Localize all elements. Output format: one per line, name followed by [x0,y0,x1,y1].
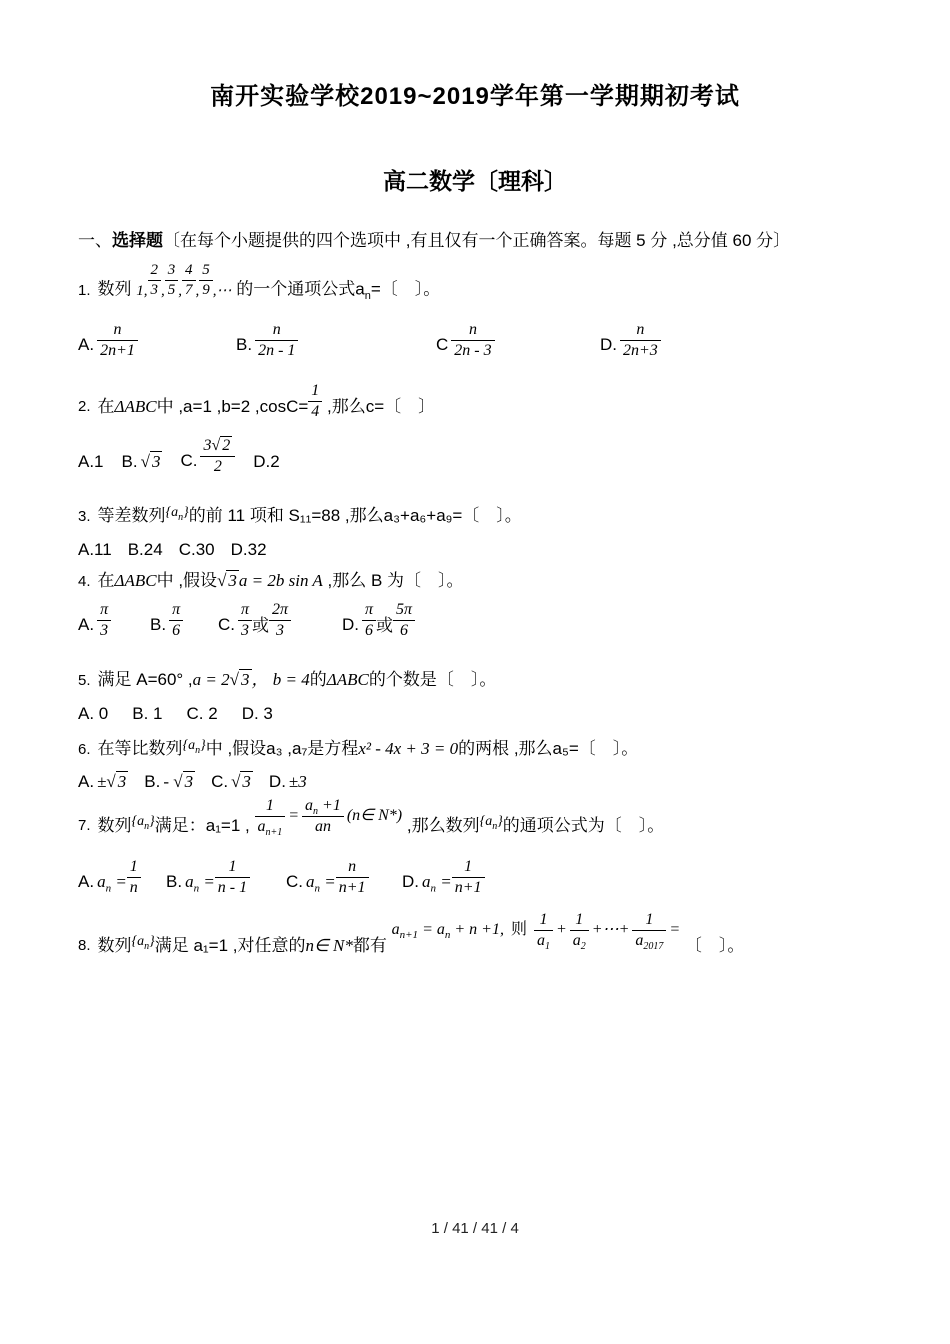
fraction-numerator: 5 [199,261,213,280]
fraction: π3 [238,600,252,641]
sign: ±3 [289,772,307,791]
math-equation: a = 2b sin A [239,571,323,590]
option-label: D. [402,872,419,891]
var-a: a [97,872,106,891]
radicand: 3 [226,570,239,590]
question-7-number: 7. [78,817,91,834]
sub-2: 2 [581,941,586,952]
question-7-text: 满足：a₁=1 , [155,815,250,834]
exam-subtitle: 高二数学〔理科〕 [0,163,950,196]
radical-sign: √ [141,452,150,471]
fraction-numerator: 1 [255,796,286,816]
sqrt-expression: √3 [231,771,253,791]
option-d: D.32 [231,540,267,560]
option-a: A.n2n+1 [78,326,236,367]
question-4-blank: ,那么 B 为〔 〕。 [323,571,464,590]
fraction-denominator: 6 [362,620,376,641]
option-b: B.n2n - 1 [236,326,436,367]
option-a: A.an =1n [78,863,166,904]
sqrt-expression: √3 [141,451,163,471]
sequence-notation: {an} [166,505,189,520]
question-5-text: 的 [310,670,327,689]
fraction-denominator: n+1 [336,877,369,898]
math-lhs: an = [306,872,336,891]
option-b: B.- √3 [144,772,195,792]
fraction: 1n [127,857,141,898]
sign: ± [97,772,106,791]
math-triangle-abc: ΔABC [115,396,157,415]
fraction-denominator: n [127,877,141,898]
fraction-denominator: an+1 [255,816,286,837]
fraction-denominator: n - 1 [215,877,250,898]
math-lhs: an = [422,872,452,891]
fraction-denominator: 2n+3 [620,340,661,361]
option-b: B. 1 [132,704,162,724]
question-3-options: A.11 B.24 C.30 D.32 [78,540,872,560]
question-5-text: 满足 A=60° , [98,670,193,689]
math-run: a = 2 [193,670,230,689]
question-2-text: 在 [98,396,115,415]
exam-document-page: 南开实验学校2019~2019学年第一学期期初考试 高二数学〔理科〕 一、选择题… [0,0,950,1344]
fraction-numerator: n [451,320,494,340]
option-label: C. [211,772,228,791]
sequence-notation: {an} [480,814,503,829]
fraction-numerator: 1 [534,910,553,930]
question-1-text: 的一个通项公式a [236,280,364,299]
fraction: 1n - 1 [215,857,250,898]
fraction: π6 [362,600,376,641]
question-4-text: 中 ,假设 [157,571,217,590]
fraction-numerator: 5π [393,600,415,620]
option-label: A. [78,872,94,891]
fraction: 2π3 [269,600,291,641]
page-footer: 1 / 41 / 41 / 4 [0,1220,950,1237]
fraction: 47 [182,261,196,300]
var-a: a [422,872,431,891]
section-number: 一、 [78,231,112,250]
fraction-denominator: 2n+1 [97,340,138,361]
var-a: a [306,872,315,891]
fraction: 35 [165,261,179,300]
plus-one: +1 [318,797,341,814]
question-6-number: 6. [78,741,91,758]
sub-n-plus-1: n+1 [266,827,283,838]
ellipsis: +⋯+ [592,918,630,942]
question-6-blank: 的两根 ,那么a₅=〔 〕。 [458,739,638,758]
option-d: D.2 [253,452,279,472]
fraction-numerator: n [336,857,369,877]
sqrt-expression: √3 [106,771,128,791]
option-label: B. [122,452,138,471]
var-a: a [305,797,313,814]
question-4-number: 4. [78,573,91,590]
fraction-denominator: 3 [238,620,252,641]
option-b: B.an =1n - 1 [166,863,286,904]
question-5-options: A. 0 B. 1 C. 2 D. 3 [78,704,872,724]
fraction-denominator: 6 [393,620,415,641]
fraction-denominator: 3 [269,620,291,641]
var-a: a [185,872,194,891]
radical-sign: √ [106,772,115,791]
fraction: n2n+1 [97,320,138,361]
question-4-options: A.π3 B.π6 C.π3或2π3 D.π6或5π6 [78,606,872,647]
question-8-text: 数列 [98,935,132,954]
fraction: 1a1 [534,910,553,951]
option-a: A.±√3 [78,772,128,792]
question-3-number: 3. [78,508,91,525]
radicand: 3 [240,771,253,791]
equals-sign: = [669,918,680,942]
question-7-text: 数列 [98,815,132,834]
plus-n-plus-1: + n +1, [450,921,504,938]
question-2-number: 2. [78,398,91,415]
fraction: n2n - 3 [451,320,494,361]
question-1-text: 数列 [98,280,132,299]
question-2-text: 中 ,a=1 ,b=2 ,cosC= [157,396,309,415]
math-triangle-abc: ΔABC [115,571,157,590]
section-title: 选择题 [112,231,163,250]
question-6-text: 中 ,假设a₃ ,a₇是方程 [206,739,359,758]
brace-close: } [149,934,155,949]
question-5-blank: 的个数是〔 〕。 [369,670,497,689]
radical-sign: √ [217,571,226,590]
fraction: 23 [148,261,162,300]
fraction-denominator: a2 [570,930,589,951]
question-3-text: 等差数列 [98,506,166,525]
question-6: 6.在等比数列{an}中 ,假设a₃ ,a₇是方程x² - 4x + 3 = 0… [78,736,872,762]
fraction-numerator: 1 [452,857,485,877]
fraction: 59 [199,261,213,300]
sign: - [163,772,173,791]
sub-2017: 2017 [643,941,663,952]
fraction-numerator: 2π [269,600,291,620]
option-b: B.24 [128,540,163,560]
fraction: n2n - 1 [255,320,298,361]
question-7-options: A.an =1n B.an =1n - 1 C.an =nn+1 D.an =1… [78,863,872,904]
var-a: a [392,921,400,938]
question-2-blank: ,那么c=〔 〕 [322,396,435,415]
radicand: 2 [220,436,232,454]
fraction: an +1an [302,796,344,837]
question-8-number: 8. [78,937,91,954]
option-c: C. 2 [187,704,218,724]
option-a: A.π3 [78,606,150,647]
option-label: B. [144,772,160,791]
brace-close: } [183,505,189,520]
fraction-numerator: 1 [127,857,141,877]
fraction: n2n+3 [620,320,661,361]
fraction-numerator: π [97,600,111,620]
fraction-denominator: an [302,816,344,837]
fraction-denominator: 6 [169,620,183,641]
fraction: π6 [169,600,183,641]
plus-sign: + [556,918,567,942]
question-8-blank: 〔 〕。 [685,935,745,954]
brace-close: } [149,814,155,829]
fraction: 1n+1 [452,857,485,898]
domain-condition: (n∈ N*) [347,804,402,828]
option-label: C [436,335,448,354]
option-label: C. [180,451,197,470]
radicand: 3 [183,771,196,791]
option-label: B. [150,615,166,634]
exam-body: 一、选择题〔在每个小题提供的四个选项中 ,有且仅有一个正确答案。每题 5 分 ,… [0,226,950,967]
math-equation: x² - 4x + 3 = 0 [358,739,458,758]
fraction-denominator: 3 [148,280,162,300]
option-a: A. 0 [78,704,108,724]
fraction-numerator: 3 [165,261,179,280]
recurrence-run: an+1 = an + n +1, [392,918,504,942]
math-triangle-abc: ΔABC [327,670,369,689]
fraction-numerator: π [362,600,376,620]
option-label: A. [78,335,94,354]
question-3: 3.等差数列{an}的前 11 项和 S₁₁=88 ,那么a₃+a₆+a₉=〔 … [78,503,872,529]
math-run: ， b = 4 [252,670,310,689]
question-1-blank: =〔 〕。 [371,280,440,299]
fraction-numerator: n [620,320,661,340]
option-d: D.±3 [269,772,307,792]
question-4-text: 在 [98,571,115,590]
option-d: D.n2n+3 [600,326,661,367]
question-8: 8.数列{an}满足 a₁=1 ,对任意的n∈ N*都有 an+1 = an +… [78,926,872,967]
var-a: a [258,818,266,835]
fraction: 3√22 [200,436,235,477]
option-label: D. [600,335,617,354]
equals-sign: = [111,872,127,891]
option-a: A.1 [78,452,104,472]
sequence-notation: {an} [132,814,155,829]
radicand: 3 [239,669,252,689]
question-5-number: 5. [78,672,91,689]
fraction-numerator: 1 [308,381,322,401]
question-1-sequence: 1,23,35,47,59,⋯ [136,261,231,300]
radical-sign: √ [211,437,220,454]
fraction-denominator: 2 [200,456,235,477]
fraction: π3 [97,600,111,641]
math-lhs: an = [97,872,127,891]
then-text: 则 [511,918,527,942]
option-label: D. [269,772,286,791]
fraction-numerator: an +1 [302,796,344,816]
question-1: 1.数列 1,23,35,47,59,⋯ 的一个通项公式an=〔 〕。 [78,271,872,310]
fraction: 1a2017 [632,910,666,951]
fraction: nn+1 [336,857,369,898]
option-c: C.30 [179,540,215,560]
question-3-text: 的前 11 项和 S₁₁=88 ,那么a₃+a₆+a₉=〔 〕。 [189,506,522,525]
fraction-numerator: π [238,600,252,620]
question-6-text: 在等比数列 [98,739,183,758]
question-8-text: 都有 [353,935,387,954]
question-7: 7.数列{an}满足：a₁=1 , 1an+1=an +1an(n∈ N*) ,… [78,806,872,847]
equals-sign: = [288,804,299,828]
option-c: C.√3 [211,772,253,792]
option-c: C.3√22 [180,442,235,483]
option-c: C.an =nn+1 [286,863,402,904]
domain-condition: n∈ N* [305,935,352,954]
option-d: D. 3 [242,704,273,724]
equals-a: = a [418,921,445,938]
sequence-lead: 1, [136,283,147,300]
sequence-notation: {an} [132,934,155,949]
option-d: D.an =1n+1 [402,863,485,904]
option-d: D.π6或5π6 [342,606,415,647]
fraction: 5π6 [393,600,415,641]
radical-sign: √ [173,772,182,791]
radicand: 3 [116,771,129,791]
option-b: B.π6 [150,606,218,647]
fraction-numerator: 1 [632,910,666,930]
sqrt-expression: √3 [217,570,239,590]
question-5: 5.满足 A=60° ,a = 2√3， b = 4的ΔABC的个数是〔 〕。 [78,667,872,693]
recurrence-formula: 1an+1=an +1an(n∈ N*) [255,796,403,837]
question-6-options: A.±√3 B.- √3 C.√3 D.±3 [78,772,872,792]
question-7-blank: 的通项公式为〔 〕。 [503,815,665,834]
recurrence-and-sum-formula: an+1 = an + n +1,则1a1+1a2+⋯+1a2017 = [392,910,681,951]
exam-title: 南开实验学校2019~2019学年第一学期期初考试 [0,0,950,111]
brace-close: } [200,738,206,753]
equals-sign: = [320,872,336,891]
option-label: A. [78,772,94,791]
fraction: 1a2 [570,910,589,951]
fraction-denominator: 7 [182,280,196,300]
option-label: A. [78,615,94,634]
fraction-denominator: 2n - 3 [451,340,494,361]
option-label: C. [286,872,303,891]
question-2: 2.在ΔABC中 ,a=1 ,b=2 ,cosC=14 ,那么c=〔 〕 [78,387,872,428]
fraction-denominator: 2n - 1 [255,340,298,361]
equals-sign: = [199,872,215,891]
section-note: 〔在每个小题提供的四个选项中 ,有且仅有一个正确答案。每题 5 分 ,总分值 6… [163,231,790,250]
fraction-numerator: n [97,320,138,340]
radical-sign: √ [230,670,239,689]
fraction-denominator: 3 [97,620,111,641]
option-label: B. [236,335,252,354]
question-1-number: 1. [78,282,91,299]
fraction-numerator: n [255,320,298,340]
or-text: 或 [252,615,269,634]
sequence-notation: {an} [183,738,206,753]
fraction-numerator: 3√2 [200,436,235,456]
fraction-numerator: 4 [182,261,196,280]
question-4: 4.在ΔABC中 ,假设√3a = 2b sin A ,那么 B 为〔 〕。 [78,568,872,594]
equals-sign: = [436,872,452,891]
question-1-options: A.n2n+1 B.n2n - 1 Cn2n - 3 D.n2n+3 [78,326,872,367]
math-lhs: an = [185,872,215,891]
fraction-numerator: 1 [215,857,250,877]
section-heading: 一、选择题〔在每个小题提供的四个选项中 ,有且仅有一个正确答案。每题 5 分 ,… [78,226,872,251]
option-b: B.√3 [122,452,163,472]
var-a: a [537,932,545,949]
option-a: A.11 [78,540,112,560]
option-label: B. [166,872,182,891]
separator: ,⋯ [213,283,232,300]
radicand: 3 [150,451,163,471]
fraction: 14 [308,381,322,422]
question-8-text: 满足 a₁=1 ,对任意的 [155,935,306,954]
option-label: D. [342,615,359,634]
brace-close: } [497,814,503,829]
fraction-numerator: 1 [570,910,589,930]
option-c: Cn2n - 3 [436,326,600,367]
fraction-denominator: n+1 [452,877,485,898]
sqrt-expression: √3 [173,771,195,791]
fraction-numerator: 2 [148,261,162,280]
sub-1: 1 [545,941,550,952]
fraction: 1an+1 [255,796,286,837]
sqrt-expression: √3 [230,669,252,689]
option-c: C.π3或2π3 [218,606,342,647]
fraction-denominator: 9 [199,280,213,300]
var-a: a [573,932,581,949]
fraction-numerator: π [169,600,183,620]
fraction-denominator: a2017 [632,930,666,951]
or-text: 或 [376,615,393,634]
question-7-text: ,那么数列 [407,815,480,834]
question-2-options: A.1 B.√3 C.3√22 D.2 [78,442,872,483]
option-label: C. [218,615,235,634]
fraction-denominator: a1 [534,930,553,951]
sub-n-plus-1: n+1 [400,929,418,941]
fraction-denominator: 4 [308,401,322,422]
fraction-denominator: 5 [165,280,179,300]
